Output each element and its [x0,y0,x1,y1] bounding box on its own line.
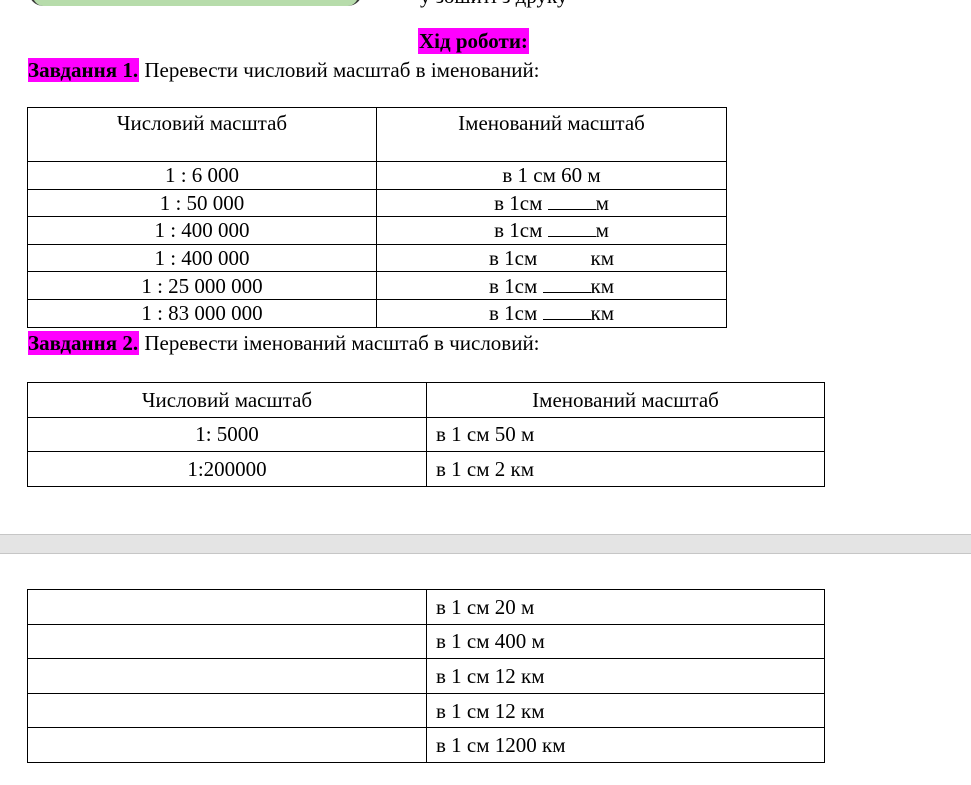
task1-table: Числовий масштаб Іменований масштаб 1 : … [27,107,727,328]
table-row: в 1 см 12 км [28,693,825,728]
numeric-scale-cell: 1 : 400 000 [28,217,377,245]
named-scale-cell[interactable]: в 1см км [377,244,727,272]
header-named-scale: Іменований масштаб [427,383,825,418]
answer-blank[interactable] [548,191,596,210]
header-named-scale: Іменований масштаб [377,108,727,162]
named-scale-cell: в 1 см 400 м [427,624,825,659]
named-scale-prefix: в 1см [494,191,548,215]
task2-label: Завдання 2. [28,331,139,355]
green-banner-fragment [29,0,362,6]
task2-table: Числовий масштаб Іменований масштаб 1: 5… [27,382,825,487]
answer-blank[interactable] [548,218,596,237]
named-scale-cell: в 1 см 12 км [427,693,825,728]
table-row: 1 : 6 000в 1 см 60 м [28,162,727,190]
named-scale-cell: в 1 см 1200 км [427,728,825,763]
numeric-scale-cell: 1:200000 [28,452,427,487]
header-numeric-scale: Числовий масштаб [28,383,427,418]
table-row: 1 : 400 000в 1см м [28,217,727,245]
cut-off-text: у зошиті з друку [420,0,567,9]
task2-table-continued: в 1 см 20 мв 1 см 400 мв 1 см 12 кмв 1 с… [27,589,825,763]
page-break-separator [0,534,971,554]
numeric-scale-cell[interactable] [28,728,427,763]
named-scale-prefix: в 1см [494,218,548,242]
numeric-scale-cell[interactable] [28,590,427,625]
numeric-scale-cell[interactable] [28,693,427,728]
task1-instruction: Перевести числовий масштаб в іменований: [139,58,539,82]
header-numeric-scale: Числовий масштаб [28,108,377,162]
named-scale-prefix: в 1см [489,301,543,325]
table-row: 1:200000в 1 см 2 км [28,452,825,487]
unit-label: км [591,301,615,325]
table-row: 1 : 83 000 000в 1см км [28,299,727,327]
named-scale-cell[interactable]: в 1см м [377,189,727,217]
named-scale-cell: в 1 см 2 км [427,452,825,487]
named-scale-prefix: в 1 см 60 м [502,163,600,187]
table-row: 1: 5000в 1 см 50 м [28,417,825,452]
table-row: в 1 см 400 м [28,624,825,659]
named-scale-cell[interactable]: в 1см км [377,272,727,300]
named-scale-cell: в 1 см 50 м [427,417,825,452]
unit-label: м [596,191,609,215]
numeric-scale-cell: 1 : 25 000 000 [28,272,377,300]
unit-label: км [591,246,615,270]
task1-heading: Завдання 1. Перевести числовий масштаб в… [28,57,540,83]
named-scale-prefix: в 1см [489,274,543,298]
table-row: 1 : 50 000в 1см м [28,189,727,217]
task2-instruction: Перевести іменований масштаб в числовий: [139,331,539,355]
numeric-scale-cell: 1: 5000 [28,417,427,452]
table-row: 1 : 400 000в 1см км [28,244,727,272]
named-scale-cell: в 1 см 12 км [427,659,825,694]
answer-blank[interactable] [543,301,591,320]
answer-blank[interactable] [543,274,591,293]
numeric-scale-cell: 1 : 400 000 [28,244,377,272]
named-scale-cell[interactable]: в 1 см 60 м [377,162,727,190]
table-row: в 1 см 20 м [28,590,825,625]
numeric-scale-cell: 1 : 6 000 [28,162,377,190]
table-header-row: Числовий масштаб Іменований масштаб [28,108,727,162]
numeric-scale-cell: 1 : 83 000 000 [28,299,377,327]
section-title: Хід роботи: [418,28,529,54]
table-header-row: Числовий масштаб Іменований масштаб [28,383,825,418]
table-row: в 1 см 12 км [28,659,825,694]
named-scale-cell: в 1 см 20 м [427,590,825,625]
unit-label: км [591,274,615,298]
numeric-scale-cell: 1 : 50 000 [28,189,377,217]
unit-label: м [596,218,609,242]
numeric-scale-cell[interactable] [28,624,427,659]
named-scale-cell[interactable]: в 1см км [377,299,727,327]
task1-label: Завдання 1. [28,58,139,82]
numeric-scale-cell[interactable] [28,659,427,694]
named-scale-cell[interactable]: в 1см м [377,217,727,245]
table-row: в 1 см 1200 км [28,728,825,763]
named-scale-prefix: в 1см [489,246,543,270]
task2-heading: Завдання 2. Перевести іменований масштаб… [28,330,540,356]
table-row: 1 : 25 000 000в 1см км [28,272,727,300]
